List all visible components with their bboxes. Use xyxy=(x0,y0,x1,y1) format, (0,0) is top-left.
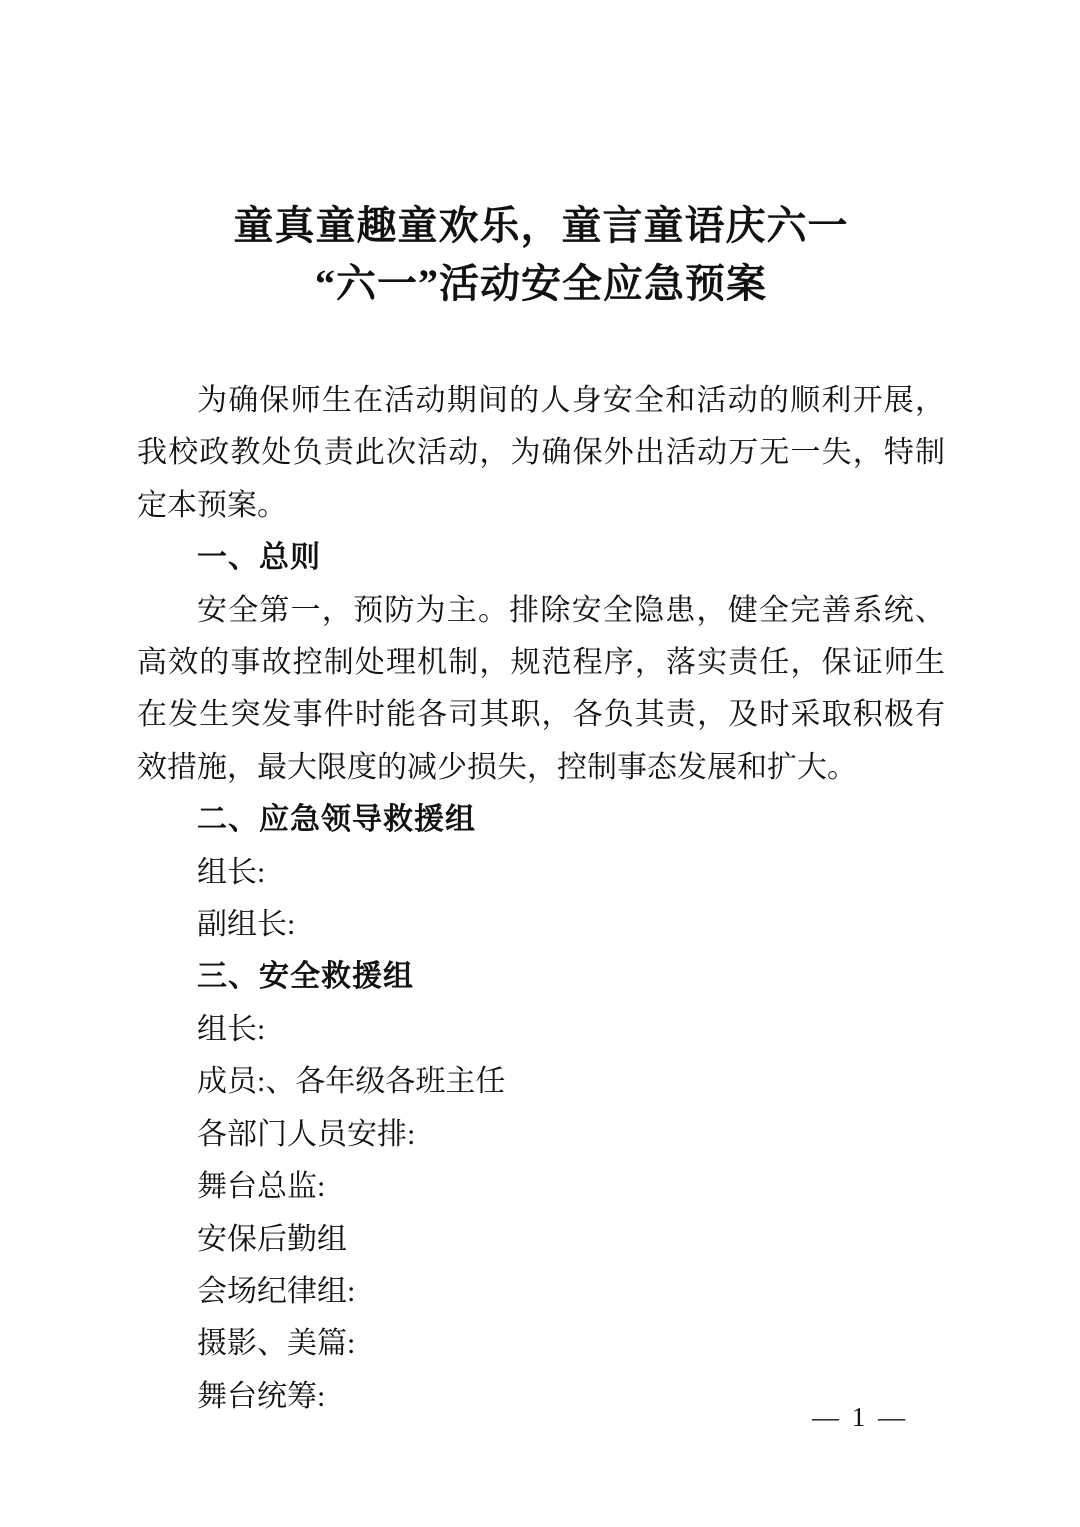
item-photography-meipian: 摄影、美篇: xyxy=(137,1318,945,1370)
document-page: 童真童趣童欢乐，童言童语庆六一 “六一”活动安全应急预案 为确保师生在活动期间的… xyxy=(0,0,1080,1527)
item-security-logistics-group: 安保后勤组 xyxy=(137,1214,945,1266)
item-venue-discipline-group: 会场纪律组: xyxy=(137,1266,945,1318)
item-members: 成员:、各年级各班主任 xyxy=(137,1056,945,1108)
item-group-leader: 组长: xyxy=(137,847,945,899)
item-department-staffing: 各部门人员安排: xyxy=(137,1109,945,1161)
section-1-body: 安全第一，预防为主。排除安全隐患，健全完善系统、高效的事故控制处理机制，规范程序… xyxy=(137,585,945,795)
title-line-1: 童真童趣童欢乐，童言童语庆六一 xyxy=(137,197,945,255)
item-deputy-group-leader: 副组长: xyxy=(137,899,945,951)
item-rescue-group-leader: 组长: xyxy=(137,1004,945,1056)
title-line-2: “六一”活动安全应急预案 xyxy=(137,255,945,313)
document-content: 童真童趣童欢乐，童言童语庆六一 “六一”活动安全应急预案 为确保师生在活动期间的… xyxy=(137,0,945,1423)
section-1-heading: 一、总则 xyxy=(137,532,945,584)
intro-paragraph: 为确保师生在活动期间的人身安全和活动的顺利开展，我校政教处负责此次活动，为确保外… xyxy=(137,375,945,532)
page-number: — 1 — xyxy=(812,1400,908,1434)
item-stage-director: 舞台总监: xyxy=(137,1161,945,1213)
section-3-heading: 三、安全救援组 xyxy=(137,951,945,1003)
document-title: 童真童趣童欢乐，童言童语庆六一 “六一”活动安全应急预案 xyxy=(137,197,945,313)
section-2-heading: 二、应急领导救援组 xyxy=(137,794,945,846)
